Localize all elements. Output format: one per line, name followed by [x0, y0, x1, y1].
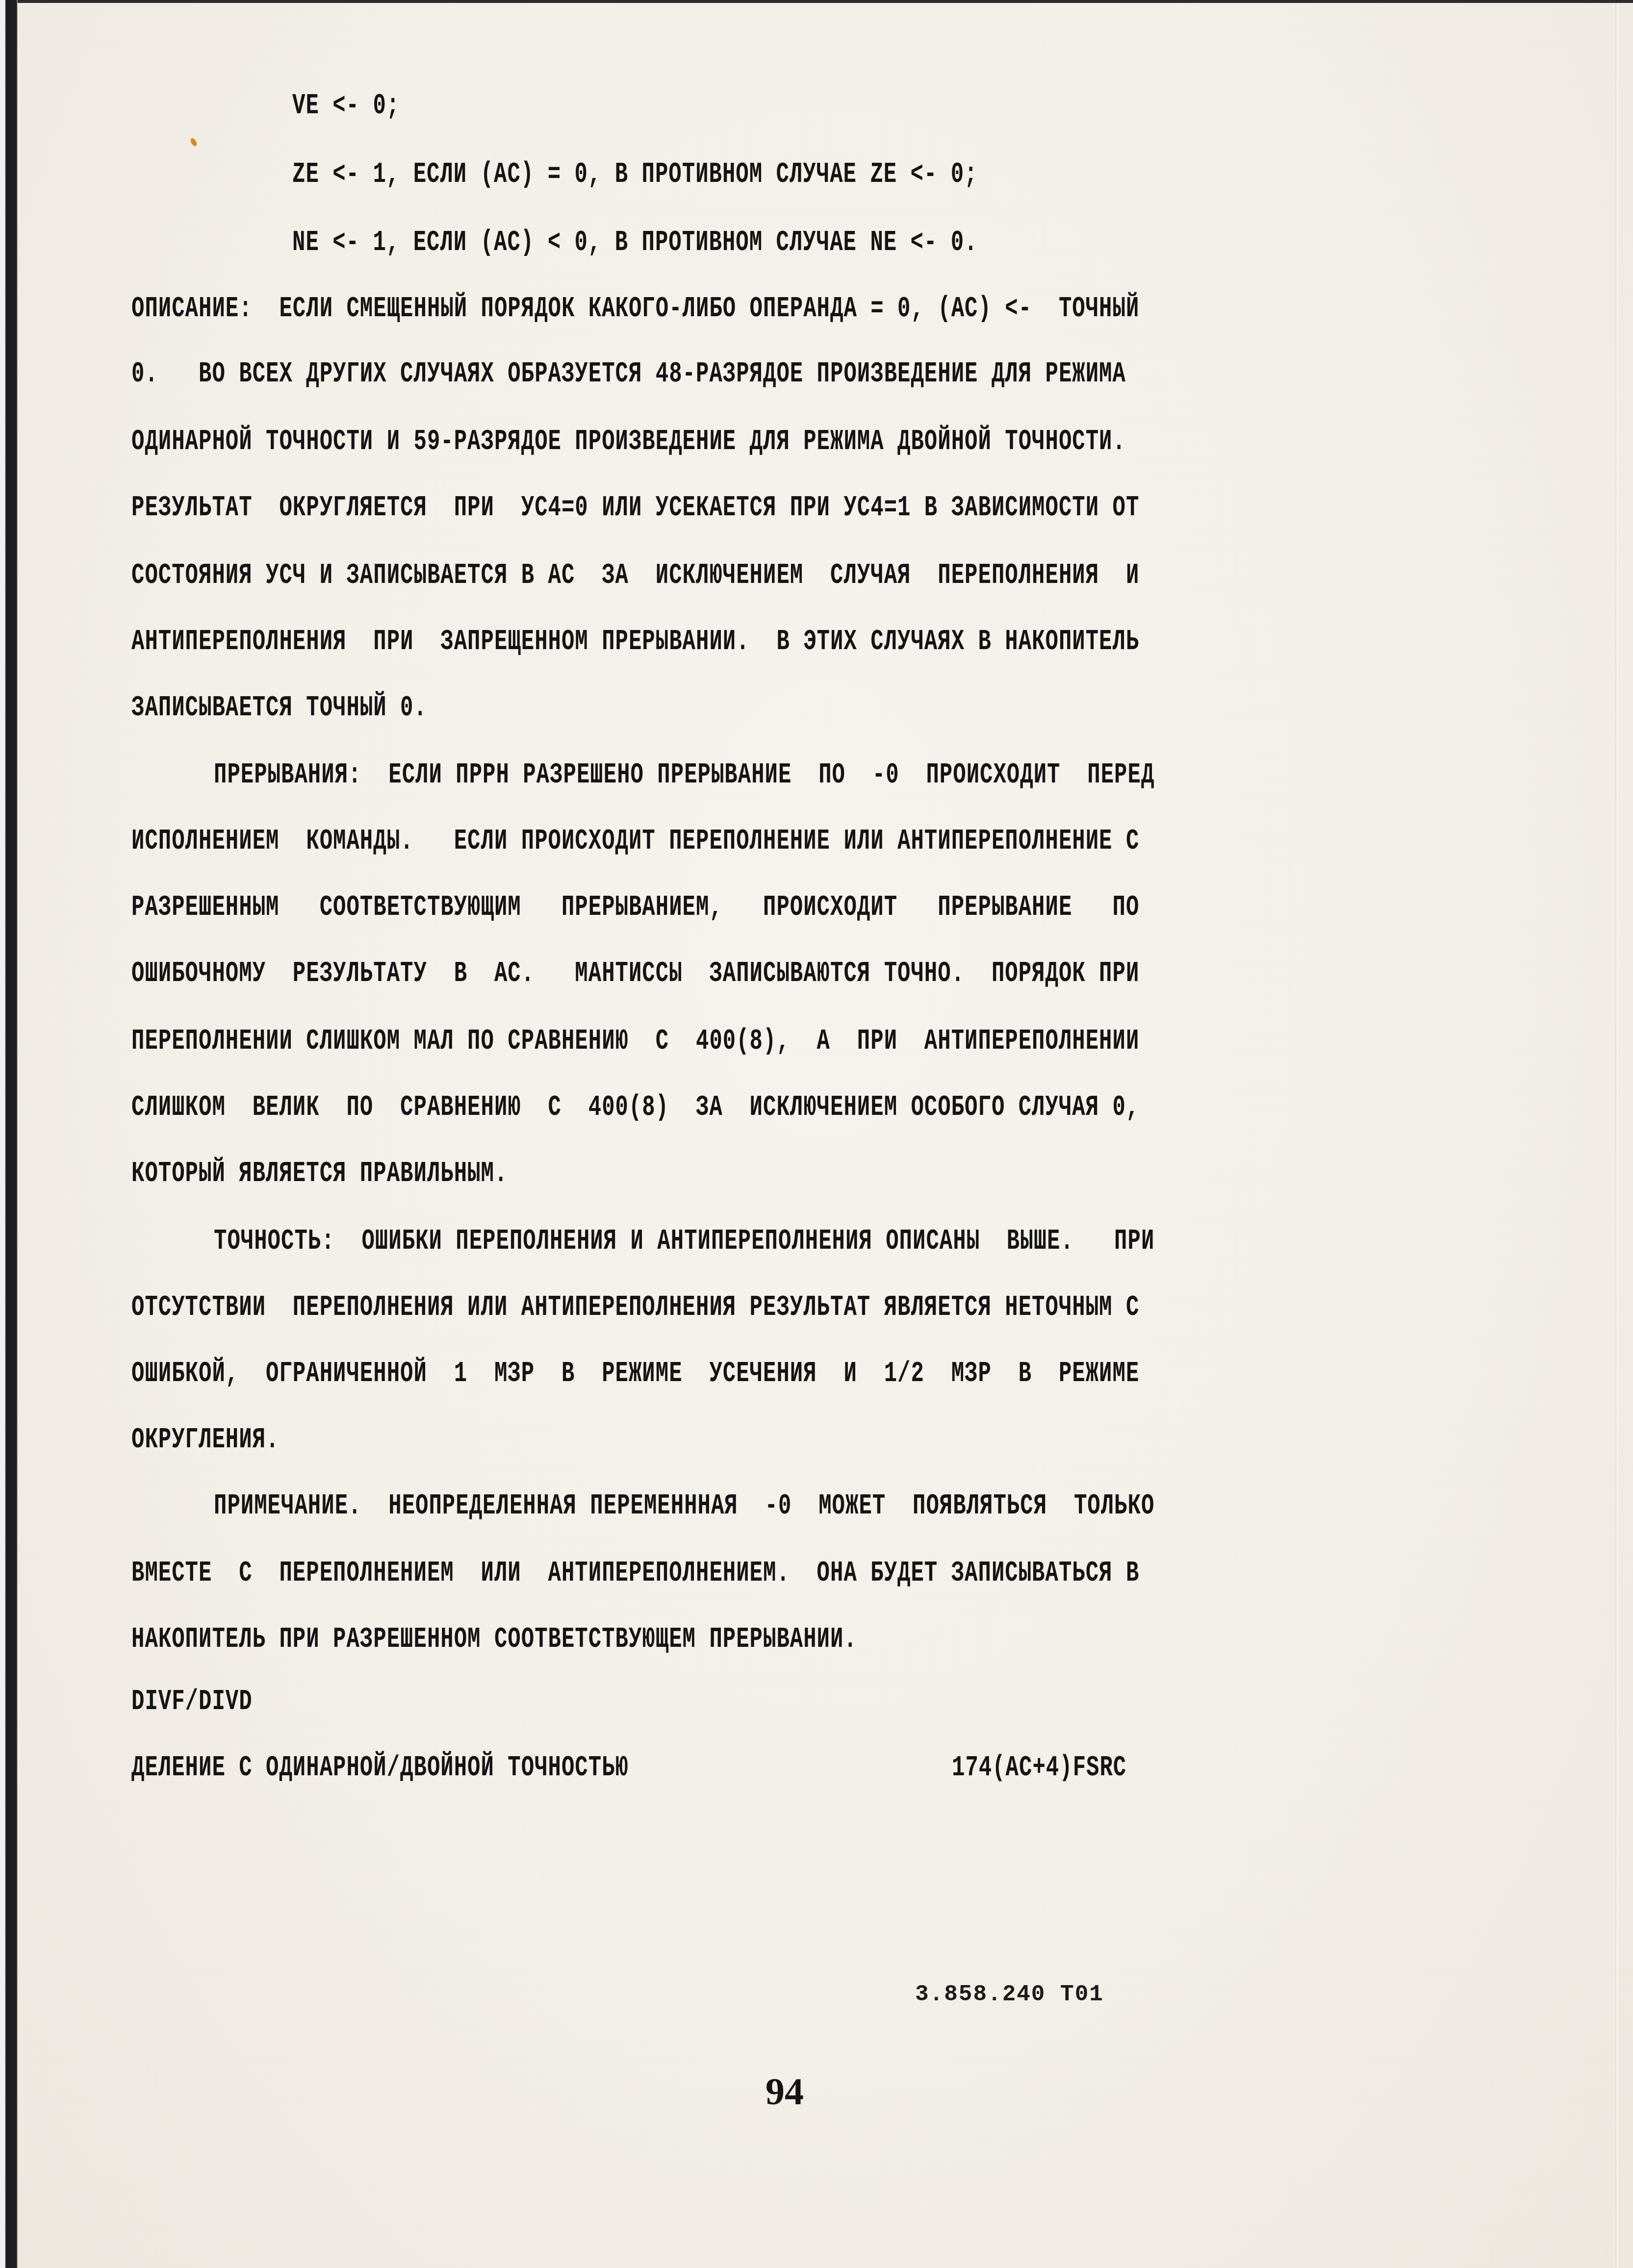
document-code: 3.858.240 Т01 [915, 1982, 1104, 2007]
flag-line-ze: ZE <- 1, ЕСЛИ (AC) = 0, В ПРОТИВНОМ СЛУЧ… [292, 160, 978, 189]
note-line: НАКОПИТЕЛЬ ПРИ РАЗРЕШЕННОМ СООТВЕТСТВУЮЩ… [131, 1625, 857, 1654]
scan-binding-edge [0, 0, 18, 2268]
accuracy-line: ОТСУТСТВИИ ПЕРЕПОЛНЕНИЯ ИЛИ АНТИПЕРЕПОЛН… [131, 1293, 1139, 1322]
description-line: РЕЗУЛЬТАТ ОКРУГЛЯЕТСЯ ПРИ УС4=0 ИЛИ УСЕК… [131, 493, 1139, 522]
interrupts-line: ПЕРЕПОЛНЕНИИ СЛИШКОМ МАЛ ПО СРАВНЕНИЮ С … [131, 1027, 1139, 1056]
interrupts-line: ИСПОЛНЕНИЕМ КОМАНДЫ. ЕСЛИ ПРОИСХОДИТ ПЕР… [131, 827, 1139, 856]
interrupts-line: СЛИШКОМ ВЕЛИК ПО СРАВНЕНИЮ С 400(8) ЗА И… [131, 1093, 1139, 1122]
instruction-format: 174(AC+4)FSRC [952, 1754, 1126, 1783]
flag-line-ve: VE <- 0; [292, 92, 400, 121]
accuracy-line: ОШИБКОЙ, ОГРАНИЧЕННОЙ 1 МЗР В РЕЖИМЕ УСЕ… [131, 1359, 1139, 1388]
note-line: ВМЕСТЕ С ПЕРЕПОЛНЕНИЕМ ИЛИ АНТИПЕРЕПОЛНЕ… [131, 1559, 1139, 1588]
interrupts-line: ПРЕРЫВАНИЯ: ЕСЛИ ПРРН РАЗРЕШЕНО ПРЕРЫВАН… [214, 761, 1154, 790]
instruction-mnemonic: DIVF/DIVD [131, 1688, 253, 1716]
page-fold [1613, 3, 1618, 2268]
accuracy-line: ОКРУГЛЕНИЯ. [131, 1425, 279, 1454]
interrupts-line: РАЗРЕШЕННЫМ СООТВЕТСТВУЮЩИМ ПРЕРЫВАНИЕМ,… [131, 893, 1139, 922]
note-line: ПРИМЕЧАНИЕ. НЕОПРЕДЕЛЕННАЯ ПЕРЕМЕНННАЯ -… [214, 1491, 1154, 1520]
description-line: ОДИНАРНОЙ ТОЧНОСТИ И 59-РАЗРЯДОЕ ПРОИЗВЕ… [131, 427, 1126, 456]
description-line: СОСТОЯНИЯ УСЧ И ЗАПИСЫВАЕТСЯ В АС ЗА ИСК… [131, 561, 1139, 590]
accuracy-line: ТОЧНОСТЬ: ОШИБКИ ПЕРЕПОЛНЕНИЯ И АНТИПЕРЕ… [214, 1227, 1154, 1256]
instruction-name: ДЕЛЕНИЕ С ОДИНАРНОЙ/ДВОЙНОЙ ТОЧНОСТЬЮ [131, 1754, 629, 1783]
description-line: 0. ВО ВСЕХ ДРУГИХ СЛУЧАЯХ ОБРАЗУЕТСЯ 48-… [131, 360, 1126, 389]
interrupts-line: ОШИБОЧНОМУ РЕЗУЛЬТАТУ В АС. МАНТИССЫ ЗАП… [131, 959, 1139, 988]
paper-stain [189, 137, 198, 148]
document-page: VE <- 0; ZE <- 1, ЕСЛИ (AC) = 0, В ПРОТИ… [18, 3, 1633, 2268]
page-number: 94 [765, 2069, 804, 2114]
interrupts-line: КОТОРЫЙ ЯВЛЯЕТСЯ ПРАВИЛЬНЫМ. [131, 1159, 508, 1188]
description-line: ЗАПИСЫВАЕТСЯ ТОЧНЫЙ 0. [131, 693, 427, 722]
flag-line-ne: NE <- 1, ЕСЛИ (AC) < 0, В ПРОТИВНОМ СЛУЧ… [292, 228, 978, 257]
description-line: АНТИПЕРЕПОЛНЕНИЯ ПРИ ЗАПРЕЩЕННОМ ПРЕРЫВА… [131, 627, 1139, 656]
description-line: ОПИСАНИЕ: ЕСЛИ СМЕЩЕННЫЙ ПОРЯДОК КАКОГО-… [131, 294, 1139, 323]
